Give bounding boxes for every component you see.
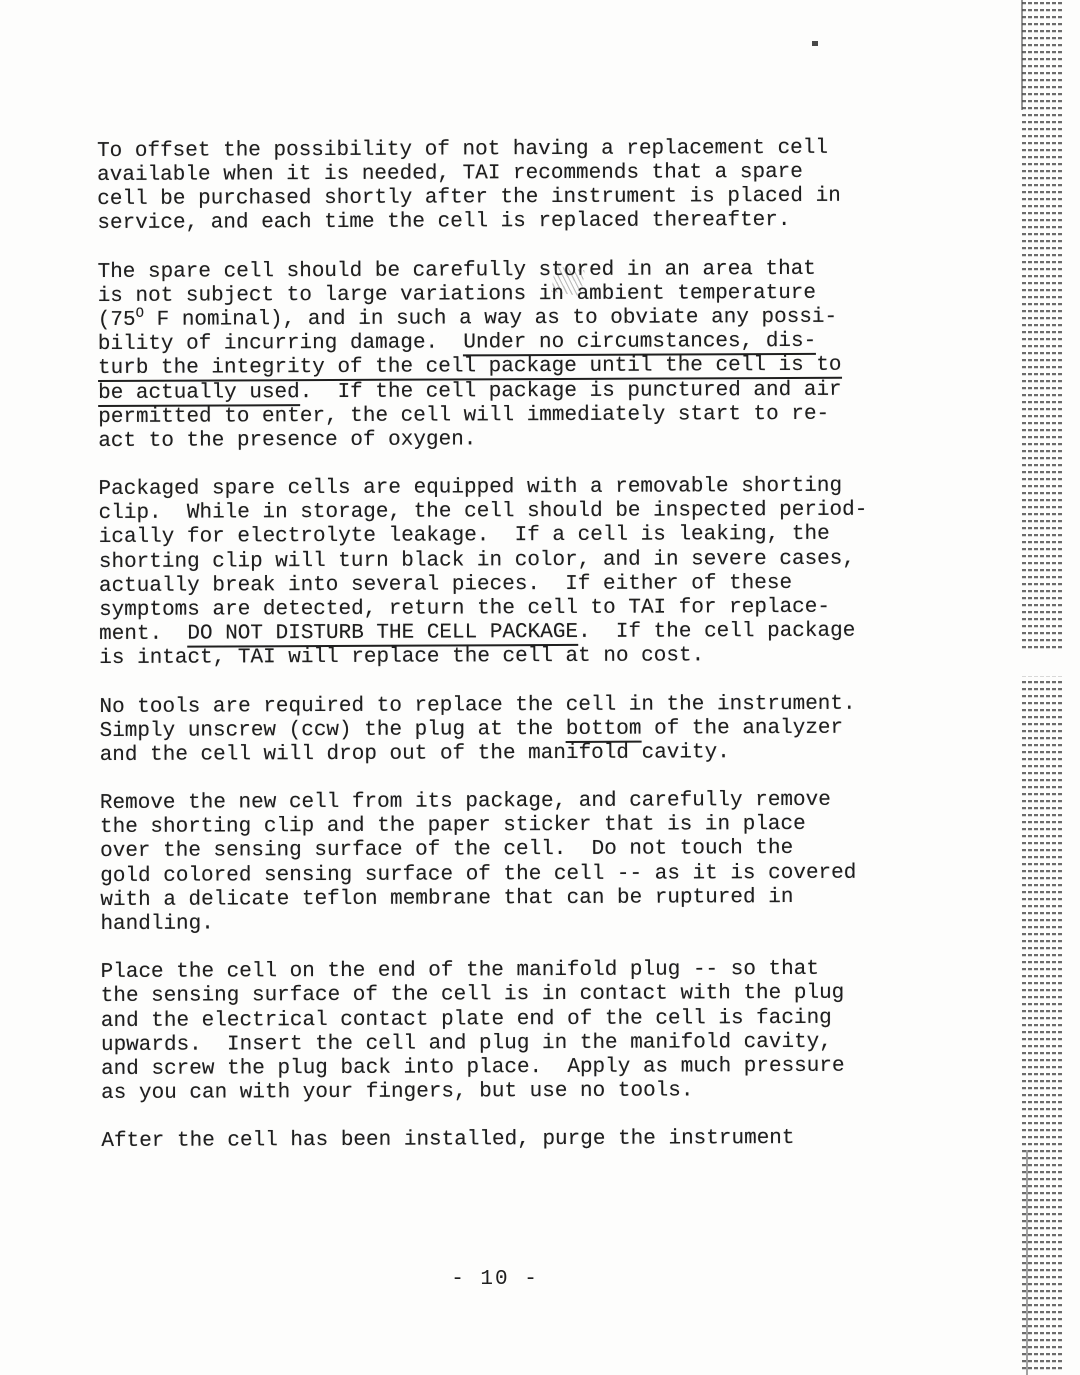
text-line: the sensing surface of the cell is in co… xyxy=(101,982,901,1010)
text-line: Remove the new cell from its package, an… xyxy=(100,789,900,817)
text-line: over the sensing surface of the cell. Do… xyxy=(100,837,900,865)
scan-edge-line-bottom xyxy=(1026,1150,1028,1375)
text-line: and the electrical contact plate end of … xyxy=(101,1006,901,1034)
text-line: The spare cell should be carefully store… xyxy=(98,257,898,285)
text-line: Place the cell on the end of the manifol… xyxy=(101,958,901,986)
scan-speck xyxy=(812,41,818,46)
text-line: act to the presence of oxygen. xyxy=(98,426,898,454)
text-line: After the cell has been installed, purge… xyxy=(101,1127,901,1155)
scan-binding-edge-artifact xyxy=(1022,2,1064,1373)
text-line: as you can with your fingers, but use no… xyxy=(101,1079,901,1107)
text-line: actually break into several pieces. If e… xyxy=(99,571,899,599)
text-line: gold colored sensing surface of the cell… xyxy=(100,861,900,889)
text-line: clip. While in storage, the cell should … xyxy=(99,499,899,527)
text-line: turb the integrity of the cell package u… xyxy=(98,354,898,382)
underlined-text: be actually used xyxy=(98,381,300,407)
underlined-text: turb the integrity of the cell package u… xyxy=(98,354,842,382)
text-line: ically for electrolyte leakage. If a cel… xyxy=(99,523,899,551)
text-line: cell be purchased shortly after the inst… xyxy=(97,185,897,213)
underlined-text: DO NOT DISTURB THE CELL PACKAGE xyxy=(187,621,578,648)
text-line: available when it is needed, TAI recomme… xyxy=(97,161,897,189)
scan-smudge xyxy=(551,266,584,296)
text-line: bility of incurring damage. Under no cir… xyxy=(98,330,898,358)
underlined-text: Under no circumstances, dis- xyxy=(463,330,816,357)
text-line: handling. xyxy=(100,909,900,937)
text-line: with a delicate teflon membrane that can… xyxy=(100,885,900,913)
text-line: permitted to enter, the cell will immedi… xyxy=(98,402,898,430)
text-line: upwards. Insert the cell and plug in the… xyxy=(101,1030,901,1058)
text-line: Simply unscrew (ccw) the plug at the bot… xyxy=(100,716,900,744)
paragraph-3: Packaged spare cells are equipped with a… xyxy=(98,475,899,672)
text-line: is intact, TAI will replace the cell at … xyxy=(99,644,899,672)
document-page: To offset the possibility of not having … xyxy=(0,0,1080,1375)
text-line: is not subject to large variations in am… xyxy=(98,281,898,309)
scan-edge-line-top xyxy=(1021,0,1023,110)
underlined-text: bottom xyxy=(566,717,642,742)
scan-edge-gap xyxy=(1016,649,1070,676)
paragraph-2: The spare cell should be carefully store… xyxy=(98,257,899,454)
paragraph-4: No tools are required to replace the cel… xyxy=(99,692,899,768)
text-line: and screw the plug back into place. Appl… xyxy=(101,1054,901,1082)
text-line: Packaged spare cells are equipped with a… xyxy=(98,475,898,503)
text-line: be actually used. If the cell package is… xyxy=(98,378,898,406)
text-line: the shorting clip and the paper sticker … xyxy=(100,813,900,841)
text-line: No tools are required to replace the cel… xyxy=(99,692,899,720)
page-number: - 10 - xyxy=(451,1268,539,1291)
paragraph-5: Remove the new cell from its package, an… xyxy=(100,789,901,937)
paragraph-7: After the cell has been installed, purge… xyxy=(101,1127,901,1155)
text-line: service, and each time the cell is repla… xyxy=(97,209,897,237)
text-line: ment. DO NOT DISTURB THE CELL PACKAGE. I… xyxy=(99,620,899,648)
paragraph-6: Place the cell on the end of the manifol… xyxy=(101,958,902,1106)
text-line: shorting clip will turn black in color, … xyxy=(99,547,899,575)
paragraph-1: To offset the possibility of not having … xyxy=(97,137,897,237)
text-line: To offset the possibility of not having … xyxy=(97,137,897,165)
superscript: O xyxy=(136,306,144,322)
text-line: symptoms are detected, return the cell t… xyxy=(99,595,899,623)
text-line: and the cell will drop out of the manifo… xyxy=(100,740,900,768)
document-text: To offset the possibility of not having … xyxy=(97,137,902,1179)
text-line: (75O F nominal), and in such a way as to… xyxy=(98,306,898,334)
